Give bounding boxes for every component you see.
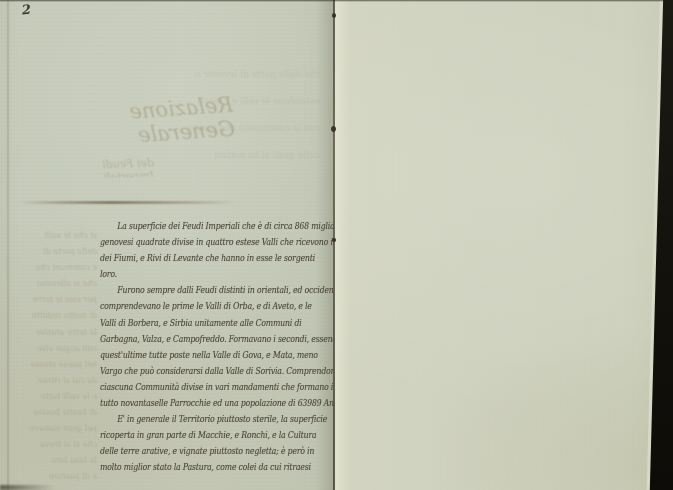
manuscript-line: La superficie dei Feudi Imperiali che è …: [100, 219, 353, 235]
left-page: 2 Relazione Generale dei Feudi Imperiali…: [0, 0, 334, 490]
manuscript-line: delle terre arative, e vignate piuttosto…: [100, 444, 335, 460]
gutter-highlight: [335, 0, 351, 490]
manuscript-line: genovesi quadrate divise in quattro este…: [100, 235, 335, 251]
ink-spot: [332, 238, 336, 242]
manuscript-line: ricoperta in gran parte di Macchie, e Ro…: [100, 428, 335, 444]
manuscript-line: tutto novantaselle Parrocchie ed una pop…: [100, 396, 335, 412]
show-through-text-upper: che dalla parte di levante si estendono …: [8, 62, 320, 202]
manuscript-line: Valli di Borbera, e Sirbia unitamente al…: [100, 316, 335, 332]
left-page-text: La superficie dei Feudi Imperiali che è …: [100, 219, 336, 477]
scan-top-edge: [0, 0, 673, 2]
pencil-smudge-line: [20, 201, 236, 204]
gutter-shadow: [316, 0, 333, 490]
manuscript-line: Furono sempre dalli Feudi distinti in or…: [100, 283, 353, 299]
ink-spot: [331, 126, 336, 132]
manuscript-line: quest'ultime tutte poste nella Valle di …: [100, 348, 335, 364]
show-through-title-line1: Relazione Generale: [47, 93, 236, 152]
manuscript-line: ciascuna Communità divise in vari mandam…: [100, 380, 335, 396]
show-through-title-line2: dei Feudi Imperiali: [58, 156, 155, 179]
ink-spot: [332, 13, 336, 18]
manuscript-line: molto miglior stato la Pastura, come col…: [100, 460, 335, 476]
left-page-number: 2: [21, 3, 32, 19]
scan-bottom-shadow: [0, 485, 55, 490]
manuscript-line: E' in generale il Territorio piuttosto s…: [100, 412, 353, 428]
manuscript-line: Vargo che può considerarsi dalla Valle d…: [100, 364, 335, 380]
manuscript-line: comprendevano le prime le Valli di Orba,…: [100, 299, 335, 315]
manuscript-line: loro.: [100, 267, 335, 283]
paper-crease: [7, 0, 9, 490]
manuscript-line: Garbagna, Valza, e Campofreddo. Formavan…: [100, 332, 335, 348]
right-page: 3 e che alla di questi si trova con le s…: [334, 0, 673, 490]
show-through-text-left-margin: si che le valli della parte di e communi…: [2, 228, 97, 486]
manuscript-line: dei Fiumi, e Rivi di Levante che hanno i…: [100, 251, 335, 267]
manuscript-scan: 2 Relazione Generale dei Feudi Imperiali…: [0, 0, 673, 490]
